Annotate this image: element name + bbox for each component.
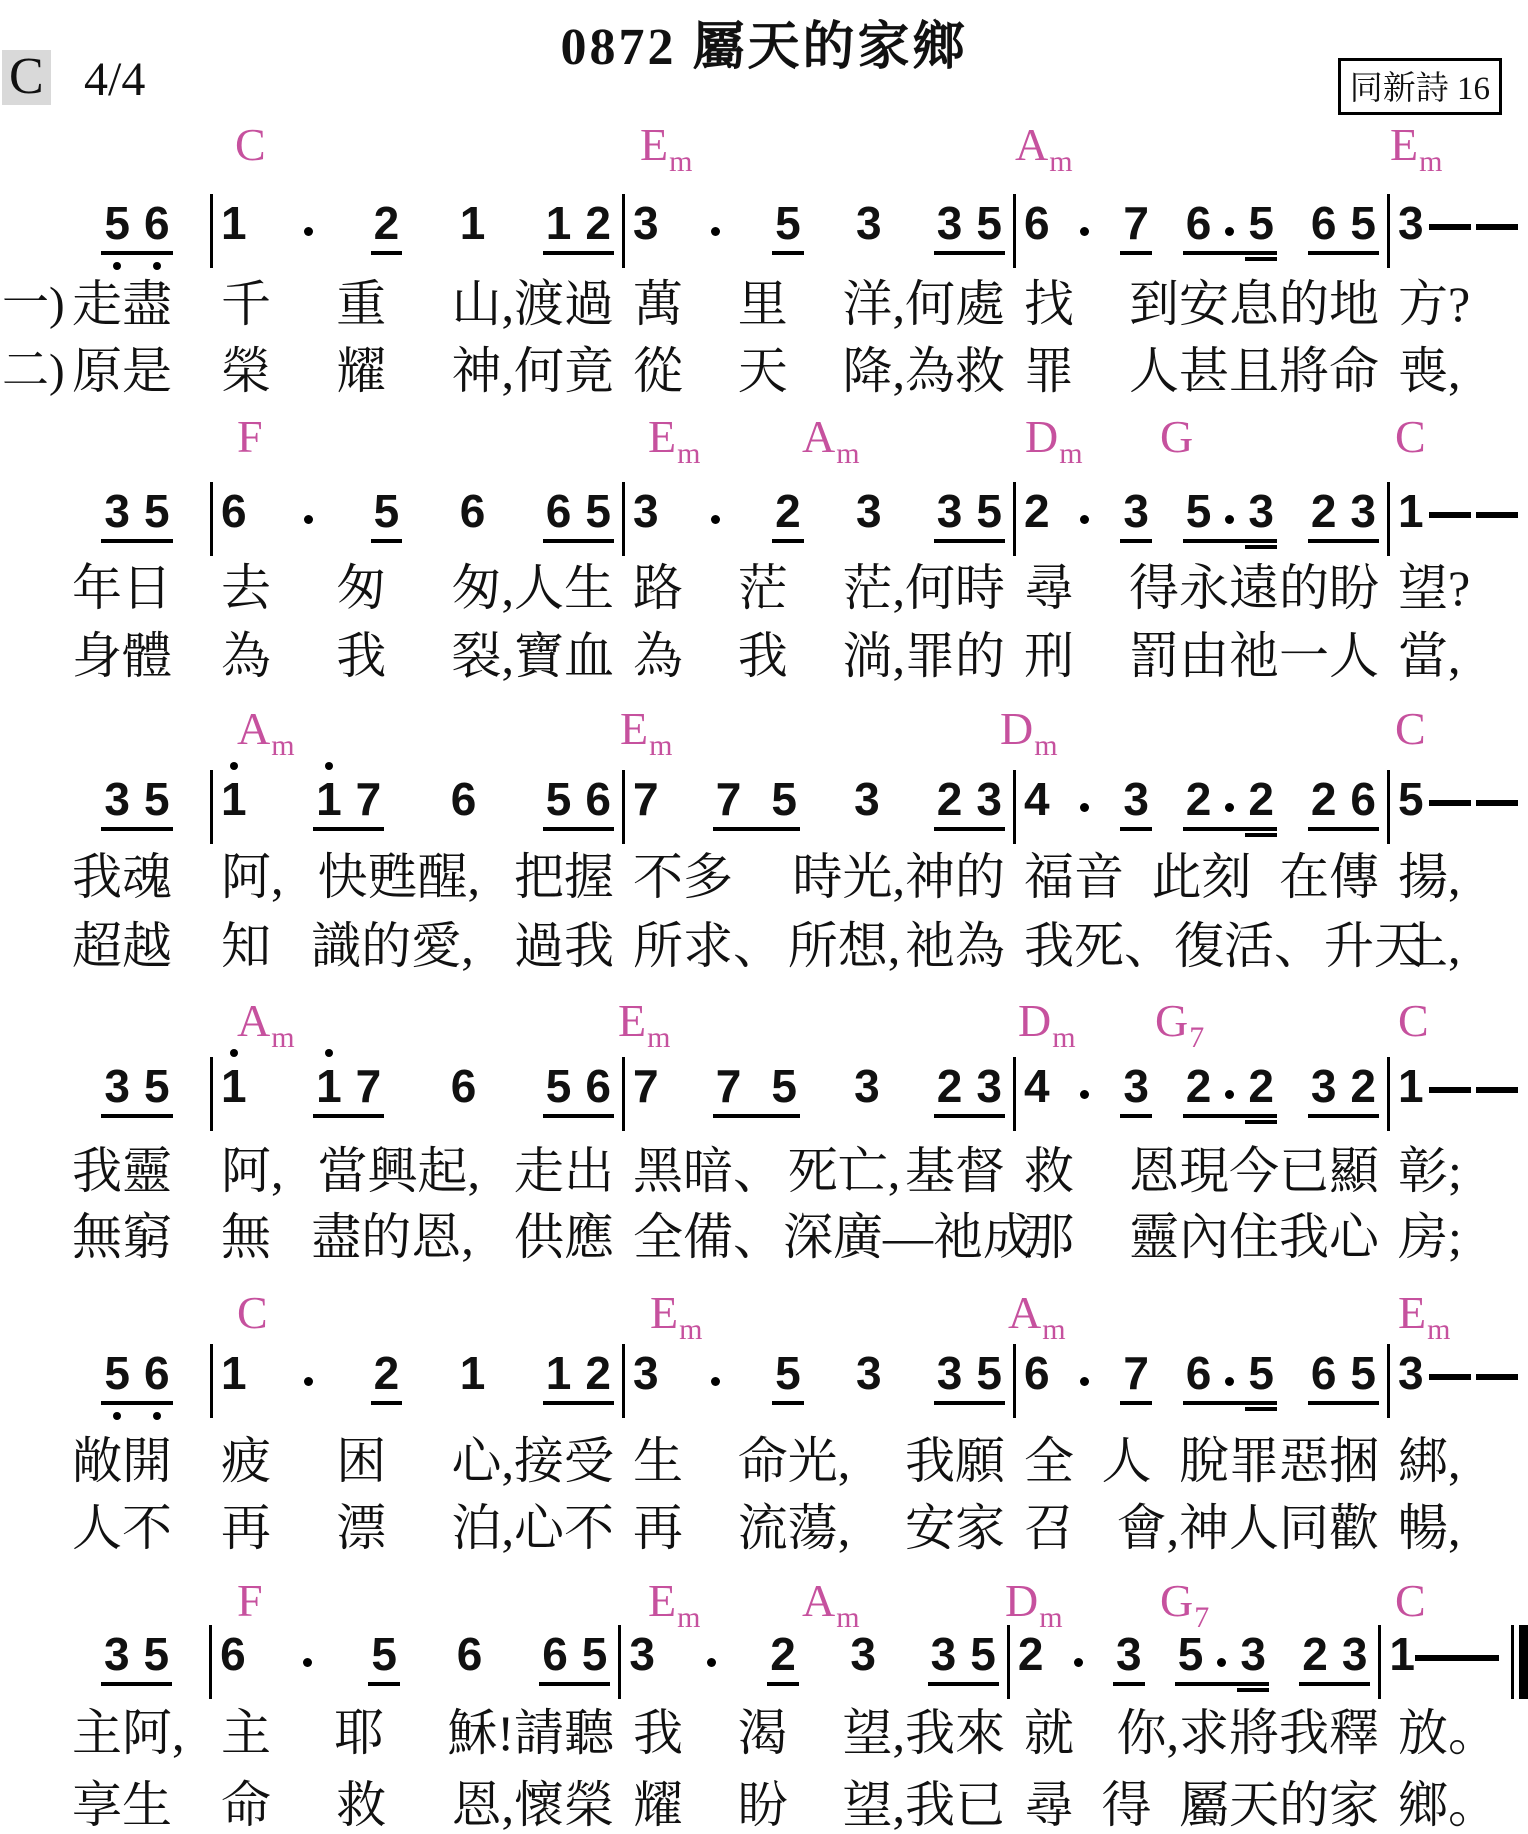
lyric-segment: 重: [336, 276, 386, 332]
lyric-segment: 我願: [905, 1433, 1005, 1489]
beam-group: 22: [1183, 776, 1277, 831]
lyric-measure: 去匆匆,人生: [221, 560, 614, 616]
lyric-segment: 漂: [336, 1500, 386, 1556]
measure: 35: [72, 776, 202, 831]
lyric-segment: 識的愛,: [311, 918, 474, 974]
note-digit: 5: [104, 200, 130, 246]
lyric-segment: 綁,: [1398, 1433, 1461, 1489]
duration-dot: [1225, 515, 1234, 524]
beam-group: 65: [1183, 200, 1277, 255]
beam-group: 5: [371, 488, 403, 543]
bar-spacer: [1005, 560, 1024, 616]
lyric-segment: 我靈: [72, 1143, 172, 1199]
lyric-segment: 找: [1024, 276, 1074, 332]
note-digit: 3: [633, 488, 659, 534]
beam-group: 3: [1120, 488, 1152, 543]
bar-spacer: [1379, 343, 1398, 399]
beam-group: 32: [1308, 1063, 1379, 1118]
measure: 775323: [633, 776, 1005, 831]
duration-dot: [711, 227, 720, 236]
measure: 32335: [629, 1631, 998, 1686]
lyric-segment: 祂為: [905, 918, 1005, 974]
note-digit: 5: [976, 1350, 1002, 1396]
lyric-measure: 千重山,渡過: [221, 276, 614, 332]
note-digit: 5: [582, 1631, 608, 1677]
bar-spacer: [1379, 276, 1398, 332]
measure: 3: [1398, 1350, 1528, 1396]
note-digit: 5: [976, 200, 1002, 246]
lyrics-row: 無窮無盡的恩,供應全備、深廣—祂成那靈內住我心房;: [0, 1209, 1528, 1265]
melody-dash: [1457, 1655, 1499, 1661]
barline: [1007, 1625, 1010, 1699]
beam-group: 75: [713, 1063, 800, 1118]
melody-dash: [1476, 512, 1518, 518]
beam-group: 53: [1183, 488, 1277, 543]
lyric-segment: 復活、: [1174, 918, 1324, 974]
lyric-segment: 救: [1024, 1143, 1074, 1199]
note-digit: 2: [775, 488, 801, 534]
beam-group: 23: [934, 776, 1005, 831]
lyric-measure: 所求、所想,祂為: [633, 918, 1005, 974]
lyric-segment: 深廣—祂成: [783, 1209, 1033, 1265]
beam-group: 56: [543, 776, 614, 831]
sixteenth-underline: [1245, 833, 1277, 837]
lyric-measure: 找到安息的地: [1024, 276, 1379, 332]
lyric-measure: 主阿,: [72, 1705, 202, 1761]
chord-row: AmEmDmC: [0, 706, 1528, 760]
note-digit: 5: [371, 1631, 397, 1677]
measure: 1: [1398, 488, 1528, 534]
note-digit: 7: [633, 776, 659, 822]
note-digit: 6: [1024, 1350, 1050, 1396]
beam-group: 7: [1120, 200, 1152, 255]
lyric-segment: 主: [221, 1705, 271, 1761]
bar-spacer: [1005, 1500, 1024, 1556]
note-digit: 3: [633, 200, 659, 246]
lyric-measure: 榮耀神,何竟: [221, 343, 614, 399]
cross-reference-box: 同新詩 16: [1338, 58, 1502, 115]
melody-dash: [1429, 512, 1471, 518]
lyric-segment: 恩現今已顯: [1129, 1143, 1379, 1199]
duration-dot: [1074, 1658, 1083, 1667]
chord-symbol: Em: [640, 122, 692, 168]
chord-symbol: C: [1395, 1578, 1426, 1624]
bar-spacer: [614, 1777, 633, 1833]
lyric-segment: 超越: [72, 918, 172, 974]
bar-spacer: [614, 628, 633, 684]
barline: [210, 1344, 213, 1418]
note-digit: 3: [856, 488, 882, 534]
measure: 676565: [1024, 1350, 1379, 1405]
lyrics-row: 一)走盡千重山,渡過萬里洋,何處找到安息的地方?: [0, 276, 1528, 332]
lyrics-row: 我靈阿,當興起,走出黑暗、死亡,基督救恩現今已顯彰;: [0, 1143, 1528, 1199]
note-digit: 5: [1398, 776, 1424, 822]
sixteenth-underline: [1245, 545, 1277, 549]
note-digit: 6: [542, 1631, 568, 1677]
note-digit: 3: [937, 488, 963, 534]
lyric-segment: 死亡,: [788, 1143, 901, 1199]
duration-dot: [304, 1377, 313, 1386]
lyric-segment: 再: [221, 1500, 271, 1556]
beam-group: 5: [368, 1631, 400, 1686]
lyric-segment: 耶: [334, 1705, 384, 1761]
note-digit: 1: [221, 200, 247, 246]
time-signature: 4/4: [84, 52, 145, 107]
chord-symbol: C: [1395, 414, 1426, 460]
chord-symbol: Em: [620, 706, 672, 752]
bar-spacer: [1005, 1143, 1024, 1199]
chord-quality: m: [1052, 1021, 1075, 1054]
beam-group: 65: [1183, 1350, 1277, 1405]
bar-spacer: [614, 343, 633, 399]
note-digit: 5: [104, 1350, 130, 1396]
note-digit: 3: [1123, 1063, 1149, 1109]
measure: 117656: [221, 1063, 614, 1118]
lyric-segment: 鄉。: [1398, 1777, 1498, 1833]
chord-symbol: Am: [802, 1578, 860, 1624]
bar-spacer: [202, 1143, 221, 1199]
note-digit: 3: [1342, 1631, 1368, 1677]
lyric-segment: 基督: [905, 1143, 1005, 1199]
bar-spacer: [202, 849, 221, 905]
melody-dash: [1476, 800, 1518, 806]
note-digit: 2: [1248, 776, 1274, 822]
note-digit: 7: [356, 1063, 382, 1109]
chord-quality: m: [677, 437, 700, 470]
barline: [622, 1344, 625, 1418]
melody-dash: [1415, 1655, 1457, 1661]
lyric-measure: 鄉。: [1398, 1777, 1528, 1833]
lyric-segment: 人甚且將命: [1129, 343, 1379, 399]
note-digit: 3: [1240, 1631, 1266, 1677]
measure: 775323: [633, 1063, 1005, 1118]
note-digit: 3: [931, 1631, 957, 1677]
lyric-segment: 靈內住我心: [1129, 1209, 1379, 1265]
note-digit: 7: [1123, 200, 1149, 246]
lyric-segment: 主阿,: [72, 1705, 185, 1761]
bar-spacer: [202, 1209, 221, 1265]
bar-spacer: [1379, 1433, 1398, 1489]
note-digit: 1: [1389, 1631, 1415, 1677]
lyric-measure: 無盡的恩,供應: [221, 1209, 614, 1265]
note-digit: 3: [850, 1631, 876, 1677]
duration-dot: [1080, 803, 1089, 812]
lyric-segment: 刑: [1024, 628, 1074, 684]
lyric-segment: 知: [221, 918, 271, 974]
lyric-segment: 再: [633, 1500, 683, 1556]
measure: 432226: [1024, 776, 1379, 831]
duration-dot: [303, 1658, 312, 1667]
note-digit: 3: [854, 1063, 880, 1109]
lyric-segment: 我: [738, 628, 788, 684]
lyric-measure: 全人脫罪惡捆: [1024, 1433, 1379, 1489]
chord-symbol: C: [237, 1290, 268, 1336]
lyric-measure: 人不: [72, 1500, 202, 1556]
note-digit: 2: [1311, 488, 1337, 534]
lyric-measure: 路茫茫,何時: [633, 560, 1005, 616]
chord-symbol: Am: [237, 998, 295, 1044]
sixteenth-underline: [1237, 1688, 1269, 1692]
duration-dot: [1225, 803, 1234, 812]
note-digit: 6: [460, 488, 486, 534]
chord-quality: m: [677, 1601, 700, 1634]
lyric-measure: 當,: [1398, 628, 1528, 684]
hymn-sheet-page: 0872 屬天的家鄉 C 4/4 同新詩 16 CEmAmEm561211235…: [0, 0, 1528, 1834]
barline: [1387, 194, 1390, 268]
melody-dash: [1429, 800, 1471, 806]
lyrics-row: 二)原是榮耀神,何竟從天降,為救罪人甚且將命喪,: [0, 343, 1528, 399]
lyric-segment: 上,: [1398, 918, 1461, 974]
duration-dot: [707, 1658, 716, 1667]
lyric-segment: 泊,心不: [452, 1500, 615, 1556]
duration-dot: [1225, 1377, 1234, 1386]
lyric-segment: 得永遠的盼: [1129, 560, 1379, 616]
lyric-segment: 敞開: [72, 1433, 172, 1489]
barline: [1387, 482, 1390, 556]
lyric-segment: 無窮: [72, 1209, 172, 1265]
chord-symbol: Am: [802, 414, 860, 460]
note-digit: 3: [633, 1350, 659, 1396]
note-digit: 3: [856, 1350, 882, 1396]
lyric-segment: 黑暗、: [633, 1143, 783, 1199]
chord-symbol: G7: [1155, 998, 1204, 1044]
melody-dash: [1476, 224, 1518, 230]
lyric-segment: 阿,: [221, 849, 284, 905]
beam-group: 35: [101, 488, 172, 543]
note-digit: 6: [1024, 200, 1050, 246]
lyric-segment: 安家: [905, 1500, 1005, 1556]
bar-spacer: [1005, 849, 1024, 905]
beam-group: 23: [934, 1063, 1005, 1118]
lyric-segment: 當興起,: [318, 1143, 481, 1199]
measure: 32335: [633, 488, 1005, 543]
lyric-segment: 會,神人同歡: [1117, 1500, 1380, 1556]
measure: 35: [72, 1631, 201, 1686]
chord-quality: m: [649, 729, 672, 762]
chord-quality: m: [1427, 1313, 1450, 1346]
melody-dash: [1476, 1087, 1518, 1093]
beam-group: 17: [313, 1063, 384, 1118]
bar-spacer: [1005, 628, 1024, 684]
bar-spacer: [614, 276, 633, 332]
bar-spacer: [1379, 560, 1398, 616]
lyric-measure: 主耶穌!請聽: [221, 1705, 614, 1761]
lyric-segment: 放。: [1398, 1705, 1498, 1761]
note-digit: 5: [144, 776, 170, 822]
beam-group: 12: [543, 200, 614, 255]
duration-dot: [711, 515, 720, 524]
duration-dot: [1225, 1090, 1234, 1099]
bar-spacer: [1379, 1500, 1398, 1556]
duration-dot: [1217, 1658, 1226, 1667]
sixteenth-underline: [1245, 1120, 1277, 1124]
note-digit: 6: [1311, 200, 1337, 246]
lyric-segment: 裂,寶血: [452, 628, 615, 684]
beam-group: 35: [934, 1350, 1005, 1405]
bar-spacer: [1005, 276, 1024, 332]
lyric-segment: 為: [221, 628, 271, 684]
bar-spacer: [202, 918, 221, 974]
lyric-segment: 盡的恩,: [311, 1209, 474, 1265]
lyric-segment: 方?: [1398, 276, 1470, 332]
beam-group: 2: [371, 1350, 403, 1405]
note-digit: 1: [1398, 1063, 1424, 1109]
chord-quality: m: [836, 437, 859, 470]
lyric-segment: 罰由祂一人: [1129, 628, 1379, 684]
lyric-measure: 原是: [72, 343, 202, 399]
lyrics-row: 我魂阿,快甦醒,把握不多時光,神的福音此刻在傳揚,: [0, 849, 1528, 905]
chord-symbol: Em: [1390, 122, 1442, 168]
note-digit: 5: [976, 488, 1002, 534]
bar-spacer: [614, 918, 633, 974]
note-digit: 6: [144, 1350, 170, 1396]
lyric-segment: 救: [336, 1777, 386, 1833]
note-digit: 5: [374, 488, 400, 534]
lyric-segment: 原是: [72, 343, 172, 399]
measure: 65665: [221, 488, 614, 543]
bar-spacer: [614, 1209, 633, 1265]
measure: 117656: [221, 776, 614, 831]
lyric-segment: 彰;: [1398, 1143, 1462, 1199]
lyric-segment: 在傳: [1279, 849, 1379, 905]
bar-spacer: [1379, 849, 1398, 905]
chord-symbol: Am: [237, 706, 295, 752]
lyric-measure: 萬里洋,何處: [633, 276, 1005, 332]
verse-marker: 二): [2, 345, 65, 398]
lyric-measure: 我渴望,我來: [633, 1705, 1005, 1761]
chord-symbol: G: [1160, 414, 1193, 460]
measure: 35: [72, 488, 202, 543]
chord-quality: m: [1059, 437, 1082, 470]
note-digit: 3: [629, 1631, 655, 1677]
lyric-measure: 望?: [1398, 560, 1528, 616]
note-digit: 1: [221, 1063, 247, 1109]
note-digit: 6: [220, 1631, 246, 1677]
beam-group: 2: [767, 1631, 799, 1686]
lyric-measure: 方?: [1398, 276, 1528, 332]
lyric-measure: 再漂泊,心不: [221, 1500, 614, 1556]
chord-quality: m: [1034, 729, 1057, 762]
lyric-measure: 房;: [1398, 1209, 1528, 1265]
beam-group: 56: [543, 1063, 614, 1118]
note-digit: 3: [1123, 488, 1149, 534]
chord-quality: m: [271, 729, 294, 762]
bar-spacer: [202, 1705, 221, 1761]
lyrics-row: 年日去匆匆,人生路茫茫,何時尋得永遠的盼望?: [0, 560, 1528, 616]
lyric-measure: 召會,神人同歡: [1024, 1500, 1379, 1556]
note-digit: 4: [1024, 776, 1050, 822]
duration-dot: [304, 515, 313, 524]
note-digit: 6: [585, 1063, 611, 1109]
note-digit: 5: [1248, 1350, 1274, 1396]
beam-group: 3: [1120, 776, 1152, 831]
lyric-measure: 放。: [1398, 1705, 1528, 1761]
lyric-segment: 我魂: [72, 849, 172, 905]
note-digit: 6: [144, 200, 170, 246]
lyric-segment: 所求、: [633, 918, 783, 974]
note-digit: 3: [976, 1063, 1002, 1109]
beam-group: 5: [772, 1350, 804, 1405]
page-title: 0872 屬天的家鄉: [0, 4, 1528, 79]
lyric-segment: 疲: [221, 1433, 271, 1489]
beam-group: 5: [772, 200, 804, 255]
lyric-segment: 不多: [633, 849, 733, 905]
lyric-segment: 全備、: [633, 1209, 783, 1265]
bar-spacer: [1005, 343, 1024, 399]
chord-row: AmEmDmG7C: [0, 998, 1528, 1052]
lyric-segment: 茫: [738, 560, 788, 616]
chord-symbol: Dm: [1018, 998, 1076, 1044]
note-digit: 2: [937, 776, 963, 822]
note-digit: 1: [546, 1350, 572, 1396]
lyric-segment: 我死、: [1024, 918, 1174, 974]
lyric-segment: 走出: [514, 1143, 614, 1199]
lyric-segment: 時光,神的: [793, 849, 1006, 905]
lyric-segment: 享生: [72, 1777, 172, 1833]
measure: 56: [72, 200, 202, 255]
lyric-segment: 脫罪惡捆: [1179, 1433, 1379, 1489]
lyric-segment: 生: [633, 1433, 683, 1489]
melody-dash: [1429, 224, 1471, 230]
lyric-segment: 耀: [633, 1777, 683, 1833]
lyric-segment: 喪,: [1398, 343, 1461, 399]
lyric-segment: 屬天的家: [1179, 1777, 1379, 1833]
note-digit: 1: [316, 776, 342, 822]
measure: 3: [1398, 200, 1528, 246]
note-digit: 3: [854, 776, 880, 822]
lyric-measure: 年日: [72, 560, 202, 616]
measure: 432232: [1024, 1063, 1379, 1118]
note-digit: 6: [457, 1631, 483, 1677]
note-digit: 2: [1018, 1631, 1044, 1677]
duration-dot: [1080, 515, 1089, 524]
bar-spacer: [614, 1143, 633, 1199]
barline: [1013, 482, 1016, 556]
lyric-measure: 無窮: [72, 1209, 202, 1265]
lyric-segment: 命: [221, 1777, 271, 1833]
measure: 12112: [221, 200, 614, 255]
note-digit: 5: [1350, 1350, 1376, 1396]
barline: [618, 1625, 621, 1699]
lyric-measure: 耀盼望,我已: [633, 1777, 1005, 1833]
chord-quality: m: [679, 1313, 702, 1346]
lyric-segment: 尋: [1024, 560, 1074, 616]
chord-symbol: Dm: [1025, 414, 1083, 460]
barline: [1013, 770, 1016, 844]
note-digit: 3: [104, 776, 130, 822]
beam-group: 3: [1120, 1063, 1152, 1118]
lyric-segment: 耀: [336, 343, 386, 399]
beam-group: 17: [313, 776, 384, 831]
lyric-segment: 困: [336, 1433, 386, 1489]
chord-symbol: Em: [650, 1290, 702, 1336]
note-digit: 2: [1302, 1631, 1328, 1677]
bar-spacer: [614, 1433, 633, 1489]
lyric-segment: 神,何竟: [452, 343, 615, 399]
note-digit: 2: [1248, 1063, 1274, 1109]
beam-group: 35: [101, 776, 172, 831]
bar-spacer: [614, 1705, 633, 1761]
lyric-measure: 從天降,為救: [633, 343, 1005, 399]
lyric-segment: 淌,罪的: [843, 628, 1006, 684]
lyric-measure: 我靈: [72, 1143, 202, 1199]
duration-dot: [1080, 227, 1089, 236]
note-digit: 5: [144, 488, 170, 534]
lyric-measure: 敞開: [72, 1433, 202, 1489]
note-digit: 5: [144, 1063, 170, 1109]
beam-group: 56: [101, 1350, 172, 1405]
chord-quality: m: [669, 145, 692, 178]
